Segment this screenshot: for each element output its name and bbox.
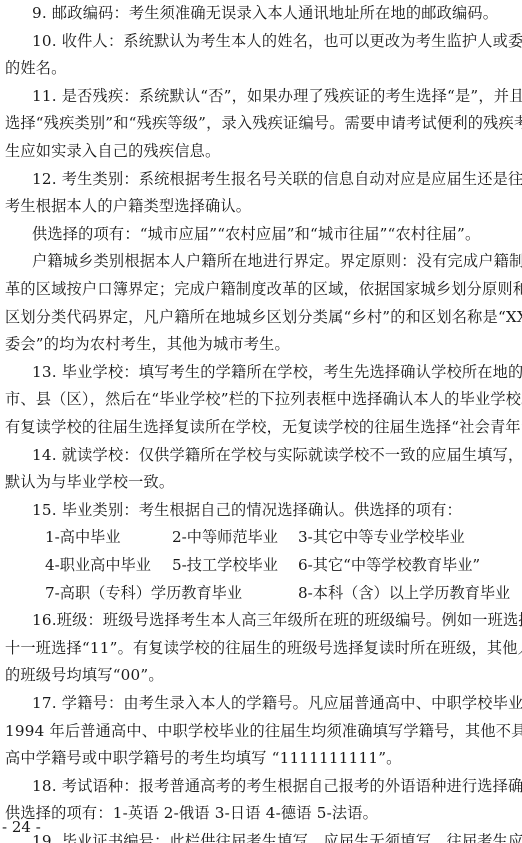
graduation-option: 7-高职（专科）学历教育毕业 [45,584,242,602]
text-line: 11. 是否残疾：系统默认“否”，如果办理了残疾证的考生选择“是”，并且 [32,87,517,105]
graduation-option: 4-职业高中毕业 [45,556,151,574]
graduation-option: 5-技工学校毕业 [172,556,278,574]
text-line: 1994 年后普通高中、中职学校毕业的往届生均须准确填写学籍号，其他不具有普通 [5,722,517,740]
text-line: 的班级号均填写“00”。 [5,666,517,684]
text-line: 供选择的项有：1-英语 2-俄语 3-日语 4-德语 5-法语。 [5,804,517,822]
text-line: 生应如实录入自己的残疾信息。 [5,142,517,160]
text-line: 供选择的项有：“城市应届”“农村应届”和“城市往届”“农村往届”。 [32,225,517,243]
text-line: 十一班选择“11”。有复读学校的往届生的班级号选择复读时所在班级，其他人员 [5,639,517,657]
text-line: 有复读学校的往届生选择复读所在学校，无复读学校的往届生选择“社会青年”。 [5,418,517,436]
text-line: 18. 考试语种：报考普通高考的考生根据自己报考的外语语种进行选择确认， [32,777,517,795]
text-line: 革的区域按户口簿界定；完成户籍制度改革的区域，依据国家城乡划分原则和城乡 [5,280,517,298]
graduation-option: 3-其它中等专业学校毕业 [298,528,465,546]
text-line: 默认为与毕业学校一致。 [5,473,517,491]
text-line: 委会”的均为农村考生，其他为城市考生。 [5,335,517,353]
text-line: 19. 毕业证书编号：此栏供往届考生填写，应届生无须填写。往届考生应如实 [32,832,517,843]
graduation-option: 1-高中毕业 [45,528,121,546]
text-line: 高中学籍号或中职学籍号的考生均填写 “1111111111”。 [5,749,517,767]
text-line: 9. 邮政编码：考生须准确无误录入本人通讯地址所在地的邮政编码。 [32,4,517,22]
text-line: 15. 毕业类别：考生根据自己的情况选择确认。供选择的项有： [32,501,517,519]
text-line: 10. 收件人：系统默认为考生本人的姓名，也可以更改为考生监护人或委托人 [32,32,517,50]
page-number: - 24 - [2,818,41,836]
text-line: 区划分类代码界定，凡户籍所在地城乡区划分类属“乡村”的和区划名称是“XX村 [5,308,517,326]
graduation-option: 6-其它“中等学校教育毕业” [298,556,480,574]
text-line: 市、县（区），然后在“毕业学校”栏的下拉列表框中选择确认本人的毕业学校。 [5,390,517,408]
text-line: 户籍城乡类别根据本人户籍所在地进行界定。界定原则：没有完成户籍制度改 [32,252,517,270]
graduation-option: 2-中等师范毕业 [172,528,278,546]
text-line: 选择“残疾类别”和“残疾等级”，录入残疾证编号。需要申请考试便利的残疾考 [5,114,517,132]
text-line: 16.班级：班级号选择考生本人高三年级所在班的班级编号。例如一班选择“01”， [32,611,517,629]
text-line: 13. 毕业学校：填写考生的学籍所在学校，考生先选择确认学校所在地的省、 [32,363,517,381]
text-line: 17. 学籍号：由考生录入本人的学籍号。凡应届普通高中、中职学校毕业生和 [32,694,517,712]
text-line: 12. 考生类别：系统根据考生报名号关联的信息自动对应是应届生还是往届生， [32,170,517,188]
text-line: 考生根据本人的户籍类型选择确认。 [5,197,517,215]
graduation-option: 8-本科（含）以上学历教育毕业 [298,584,510,602]
text-line: 的姓名。 [5,59,517,77]
text-line: 14. 就读学校：仅供学籍所在学校与实际就读学校不一致的应届生填写，系统 [32,446,517,464]
